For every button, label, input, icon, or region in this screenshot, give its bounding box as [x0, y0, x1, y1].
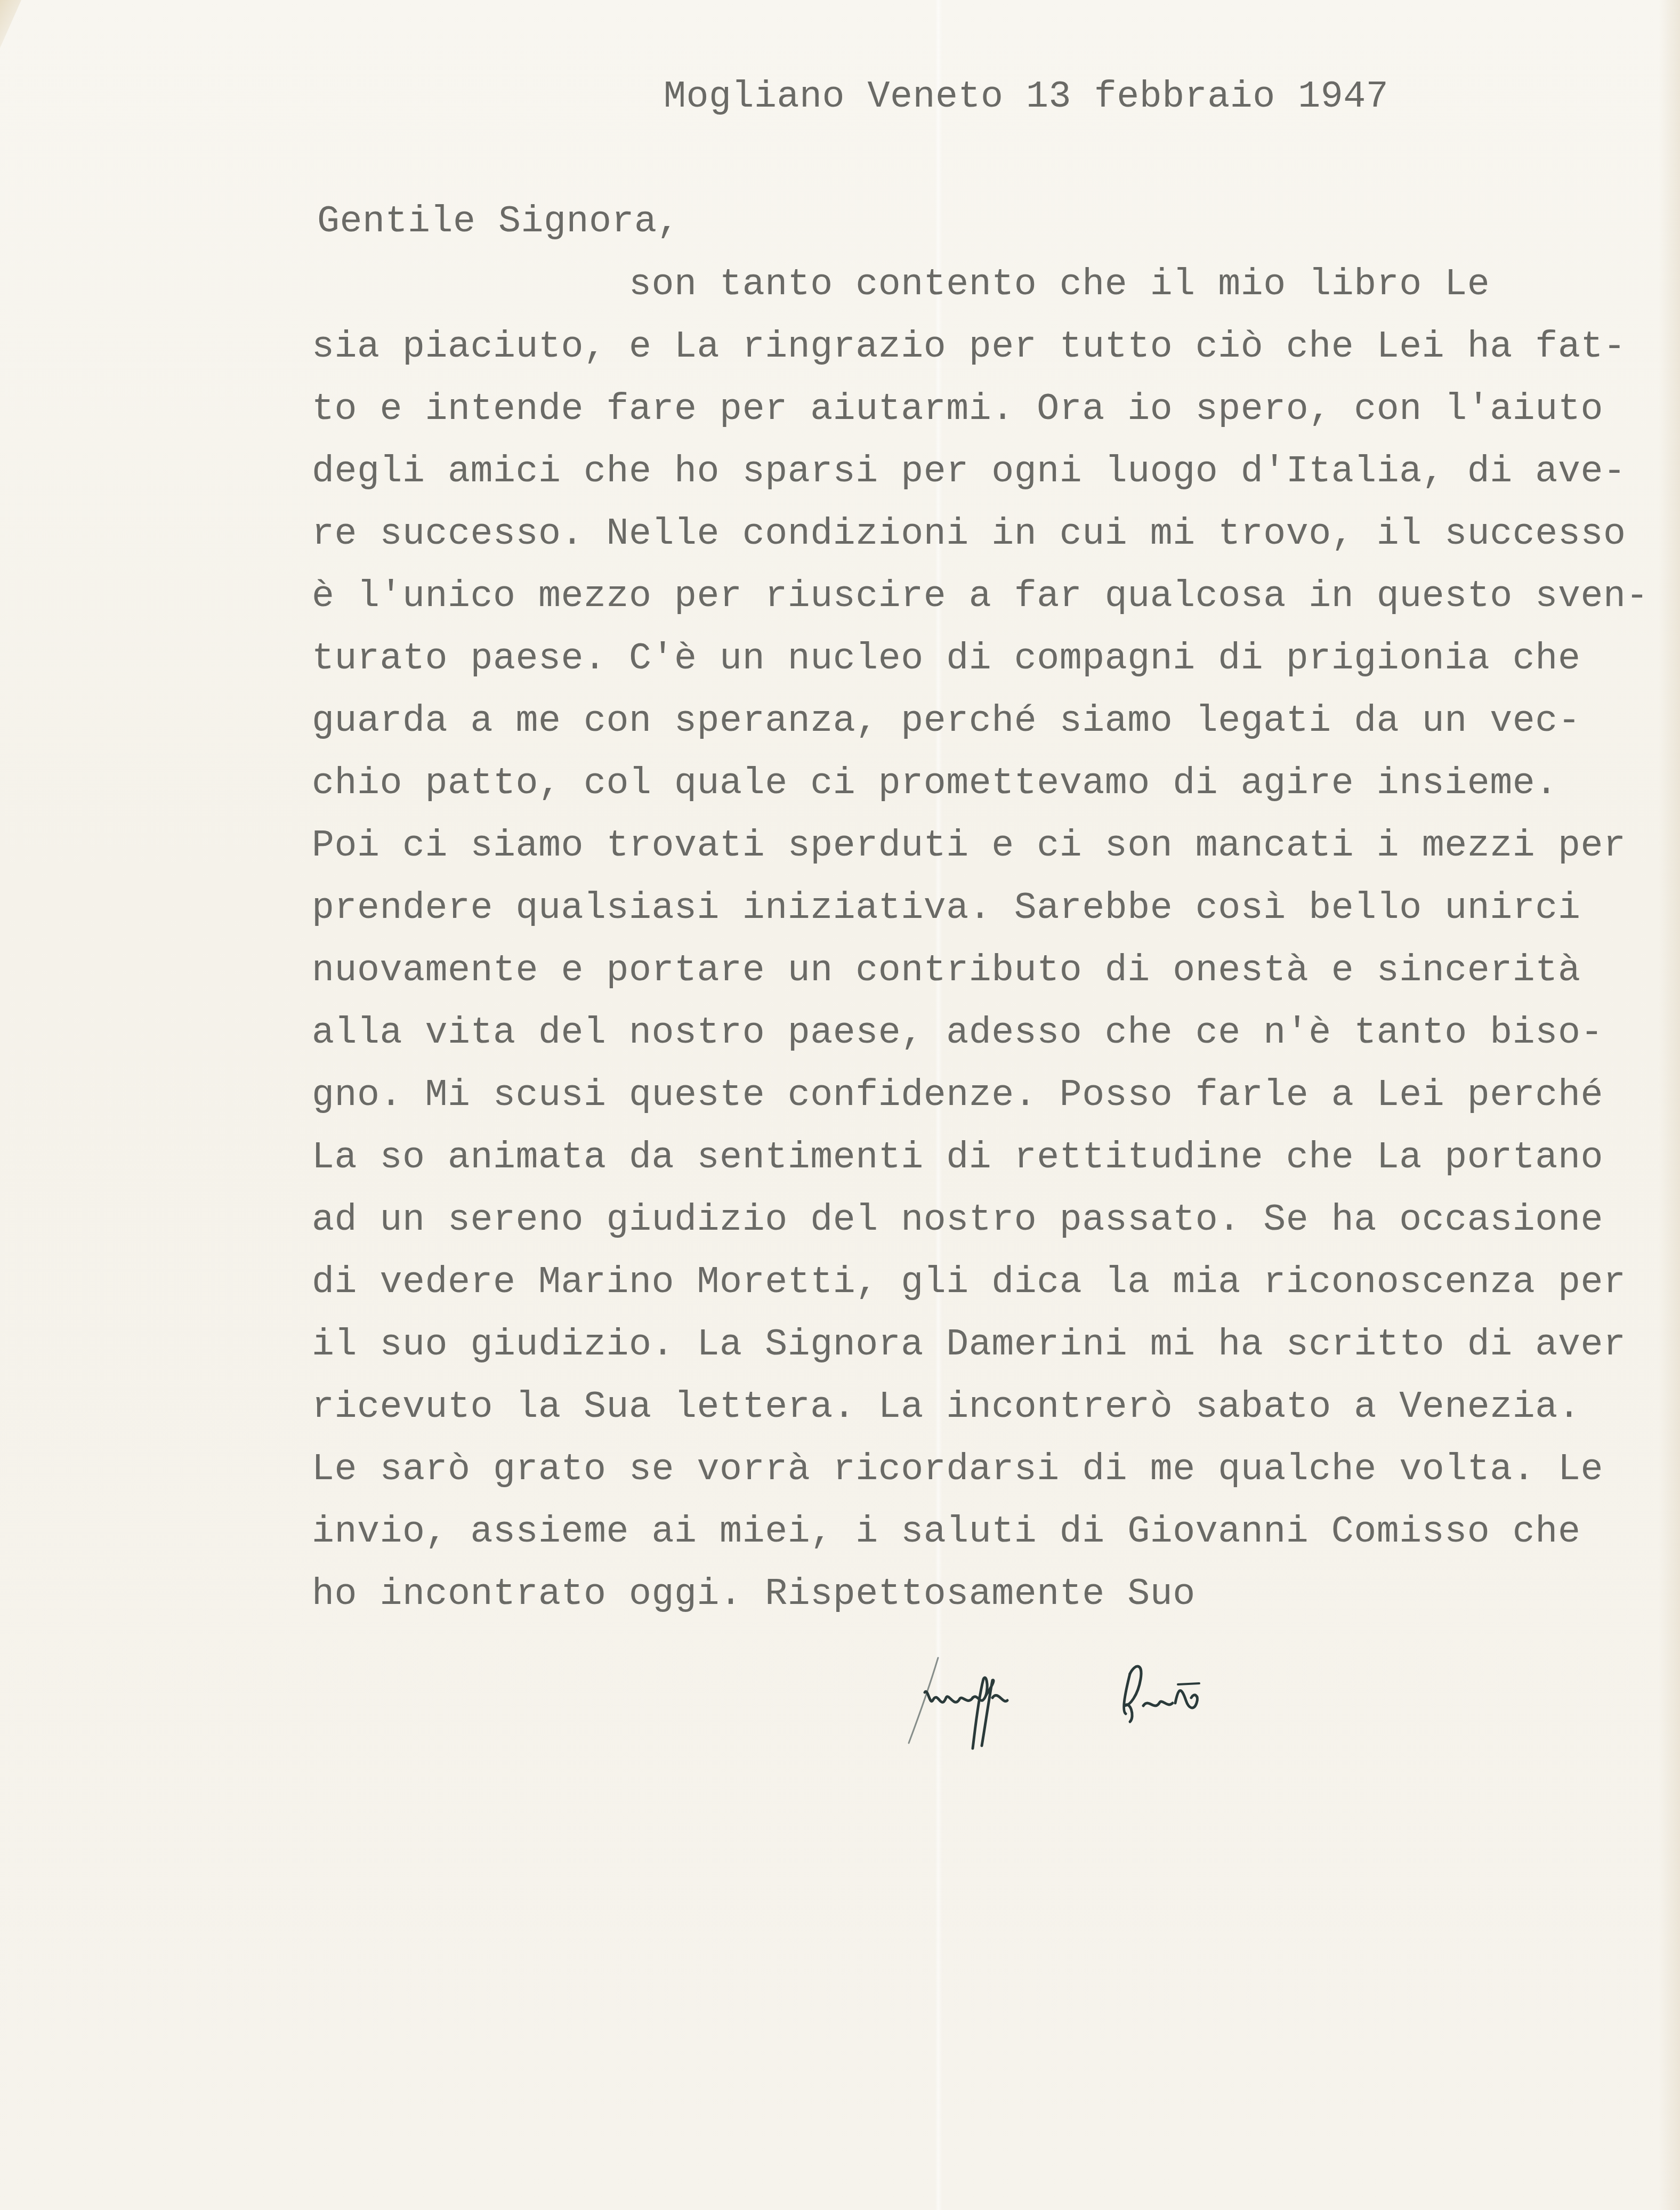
body-line: gno. Mi scusi queste confidenze. Posso f… — [312, 1077, 1603, 1115]
body-line: di vedere Marino Moretti, gli dica la mi… — [312, 1264, 1626, 1302]
body-line: ricevuto la Sua lettera. La incontrerò s… — [312, 1389, 1580, 1426]
body-line: to e intende fare per aiutarmi. Ora io s… — [312, 391, 1603, 429]
salutation: Gentile Signora, — [317, 204, 680, 241]
handwritten-signature: Giuseppe Berto — [879, 1642, 1412, 1770]
body-line: Le sarò grato se vorrà ricordarsi di me … — [312, 1451, 1603, 1489]
paper-edge-shadow — [1659, 0, 1680, 2210]
body-line: alla vita del nostro paese, adesso che c… — [312, 1015, 1603, 1052]
body-line: chio patto, col quale ci promettevamo di… — [312, 765, 1558, 803]
body-line: nuovamente e portare un contributo di on… — [312, 953, 1580, 990]
body-line: il suo giudizio. La Signora Damerini mi … — [312, 1327, 1626, 1364]
body-line: son tanto contento che il mio libro Le — [312, 267, 1490, 304]
body-line: turato paese. C'è un nucleo di compagni … — [312, 641, 1580, 678]
body-line: La so animata da sentimenti di rettitudi… — [312, 1140, 1603, 1177]
body-line: sia piaciuto, e La ringrazio per tutto c… — [312, 329, 1626, 366]
body-line: re successo. Nelle condizioni in cui mi … — [312, 516, 1626, 553]
letter-paper: Mogliano Veneto 13 febbraio 1947 Gentile… — [0, 0, 1680, 2210]
body-line: degli amici che ho sparsi per ogni luogo… — [312, 454, 1626, 491]
body-line: ad un sereno giudizio del nostro passato… — [312, 1202, 1603, 1239]
body-line: è l'unico mezzo per riuscire a far qualc… — [312, 578, 1649, 616]
dateline: Mogliano Veneto 13 febbraio 1947 — [664, 79, 1388, 116]
body-line: Poi ci siamo trovati sperduti e ci son m… — [312, 828, 1626, 865]
paper-corner-fold — [0, 0, 21, 48]
body-line: invio, assieme ai miei, i saluti di Giov… — [312, 1514, 1580, 1551]
body-line: ho incontrato oggi. Rispettosamente Suo — [312, 1576, 1196, 1614]
body-line: prendere qualsiasi iniziativa. Sarebbe c… — [312, 890, 1580, 927]
body-line: guarda a me con speranza, perché siamo l… — [312, 703, 1580, 740]
